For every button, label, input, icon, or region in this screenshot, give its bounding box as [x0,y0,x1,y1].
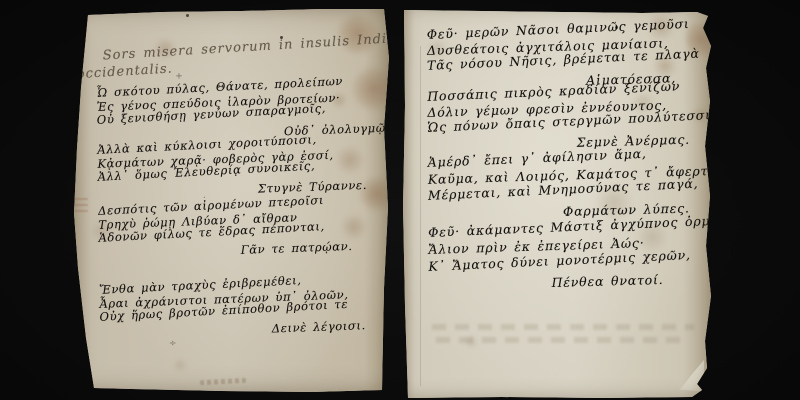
verse-line: Οὐ ξενισθήσῃ γενύων σπαραγμοῖς, [97,99,390,128]
corner-stain [334,14,382,54]
verse-line: Ἀλλ᾽ ὅμως Ἐλευθερίᾳ συνοικεῖς, [97,157,367,185]
verse-line: Δυσθεάτοις ἀγχιτάλοις μανίαισι, [427,34,700,58]
adonic-line: Οὐδ᾽ ὀλολυγμῷ, [284,121,390,138]
stanza: Ὦ σκότου πύλας, Θάνατε, προλείπων Ἐς γέν… [96,83,390,141]
stain [692,106,710,124]
corner-stain [686,16,716,62]
stain [634,222,670,252]
right-page-text: Φεῦ· μερῶν Νᾶσοι θαμινῶς γεμοῦσι Δυσθεάτ… [401,5,716,399]
verse-line: Ἐς γένος σπεύδοις ἱλαρὸν βροτείων· [96,89,389,114]
adonic-line: Δεινὲ λέγοισι. [272,319,366,336]
shelfmark-line [74,204,88,206]
adonic-line: Φαρμάτων λύπες. [563,199,725,220]
show-through-text-ghost [436,337,686,343]
adonic-line: Στυγνὲ Τύραννε. [258,178,368,195]
verse-line: Καῦμα, καὶ Λοιμός, Καμάτος τ᾽ ἄφερτος [428,162,725,188]
corner-stain [352,64,396,114]
verse-line: Κᾀσμάτων χαρᾷ· φοβερὸς γὰρ ἐσσί, [97,147,366,171]
shelfmark-line [74,210,88,212]
verse-line: Κ᾽ Ἄματος δύνει μονοτέρμις χερῶν, [428,244,725,274]
stanza: Ἔνθα μὰν τραχὺς ἐριβρεμέθει, Ἆραι ἀχράνι… [99,280,366,338]
title-mark: + [175,72,183,82]
adonic-line: Πένθεα θνατοί. [551,269,725,291]
stain [630,92,656,114]
folded-corner [680,360,704,392]
stain [646,14,676,40]
stain [358,176,396,212]
verse-line: Δεσπότις τῶν αἰρομένων πτεροῖσι [98,192,352,218]
stanza-dot-mark: · [203,193,206,203]
stanza: Ἀμέρδ᾽ ἔπει γ᾽ ἀφίλησιν ἅμα, Καῦμα, καὶ … [428,153,725,221]
stanza: Ἀλλὰ καὶ κύκλοισι χοροιτύποισι, Κᾀσμάτων… [97,140,367,198]
stain [592,184,636,220]
verse-line: Τρηχὺ ῥώμῃ Λιβύαν δ᾽ αἴθραν [98,209,352,232]
margin-shelfmark-note [74,198,90,216]
ink-speck [615,26,618,29]
stain [152,38,178,60]
stanza: Φεῦ· μερῶν Νᾶσοι θαμινῶς γεμοῦσι Δυσθεάτ… [427,25,700,89]
manuscript-photo: Sors misera servorum in insulis Indiæ oc… [0,0,800,400]
bottom-inscription-mark [200,378,246,385]
shelfmark-line [74,198,88,200]
manuscript-page-right: Φεῦ· μερῶν Νᾶσοι θαμινῶς γεμοῦσι Δυσθεάτ… [402,6,714,398]
verse-line: Ἄλιον πρὶν ἐκ ἐπεγείρει Ἀώς· [428,232,725,258]
footer-mark: ÷ [169,339,177,349]
stanza: Ποσσάπις πικρὸς κραδίαν ξενίζων Δόλιν γέ… [427,87,716,151]
show-through-text-ghost [432,324,694,330]
stain [172,358,188,372]
title-line: occidentalis. [76,47,401,83]
verse-line: Δόλιν γέμων φρεσὶν ἐννέουντος, [427,95,716,120]
verse-line: Ἀμέρδ᾽ ἔπει γ᾽ ἀφίλησιν ἅμα, [427,142,724,171]
stain [330,92,348,108]
poem-title-latin: Sors misera servorum in insulis Indiæ oc… [102,30,402,82]
adonic-line: Αἱματόεσσα, [586,69,700,88]
stain [334,146,366,174]
verse-line: Φεῦ· ἀκάμαντες Μάστιξ ἀγχύπνος ὁρμᾷ, [428,212,725,241]
verse-line: Μέρμεται, καὶ Μνημοσύνας τε παγά, [428,174,725,204]
verse-line: Ὦ σκότου πύλας, Θάνατε, προλείπων [96,73,389,101]
verse-line: Ποσσάπις πικρὸς κραδίαν ξενίζων [427,77,716,105]
stain [90,220,114,242]
manuscript-page-left: Sors misera servorum in insulis Indiæ oc… [72,8,390,392]
verse-line: Ἔνθα μὰν τραχὺς ἐριβρεμέθει, [99,271,365,297]
ink-speck [186,14,189,17]
left-page-text: Sors misera servorum in insulis Indiæ oc… [69,6,392,394]
stain [426,40,448,58]
stain [464,336,478,348]
verse-line: Φεῦ· μερῶν Νᾶσοι θαμινῶς γεμοῦσι [427,15,700,42]
stanza: Δεσπότις τῶν αἰρομένων πτεροῖσι Τρηχὺ ῥώ… [98,201,353,259]
stanza: Φεῦ· ἀκάμαντες Μάστιξ ἀγχύπνος ὁρμᾷ, Ἄλι… [428,222,725,292]
verse-line: Ὡς πόνων ὄπαις στεργμῶν πουλύτεσσι, [427,107,716,136]
verse-line: Τᾶς νόσου Νῆσις, βρέμεται τε πλαγὰ [427,46,700,74]
ink-speck [280,36,283,39]
verse-line: Οὐχ ἥρως βροτῶν ἐπίποθον βρότοι τε [99,297,365,324]
adonic-line: Σεμνὲ Ἀνέρμας. [576,130,716,149]
verse-line: Ἆραι ἀχράνιστοι πατέρων ὑπ᾽ ὀλοῶν, [99,287,365,311]
stain [340,214,368,240]
stain [652,54,678,78]
title-line: Sors misera servorum in insulis Indiæ [102,30,401,65]
verse-line: Ἀλλὰ καὶ κύκλοισι χοροιτύποισι, [97,131,367,158]
adonic-line: Γᾶν τε πατρῴαν. [240,239,352,256]
paper-fold-line [420,46,421,386]
verse-line: Ἁδονῶν φίλως τε ἕδρας πέπονται, [98,219,352,246]
